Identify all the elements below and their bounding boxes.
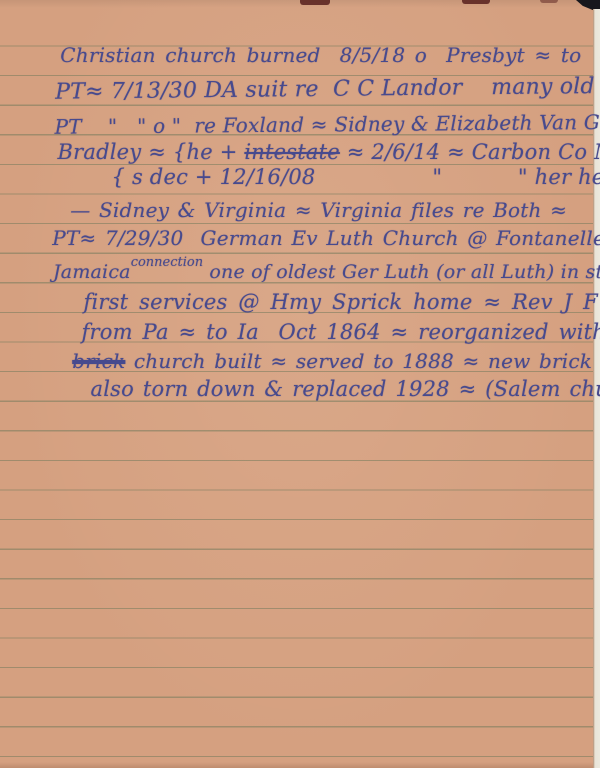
scan-artifact-smudge [300, 0, 330, 5]
scan-artifact-smudge [540, 0, 558, 3]
scan-artifact-smudge [462, 0, 490, 4]
scanned-note-page: Christian church burned 8/5/18 o Presbyt… [0, 0, 600, 768]
note-line-12: also torn down & replaced 1928 ≈ (Salem … [55, 350, 600, 428]
note-text: also torn down & replaced 1928 ≈ (Salem … [91, 377, 600, 401]
